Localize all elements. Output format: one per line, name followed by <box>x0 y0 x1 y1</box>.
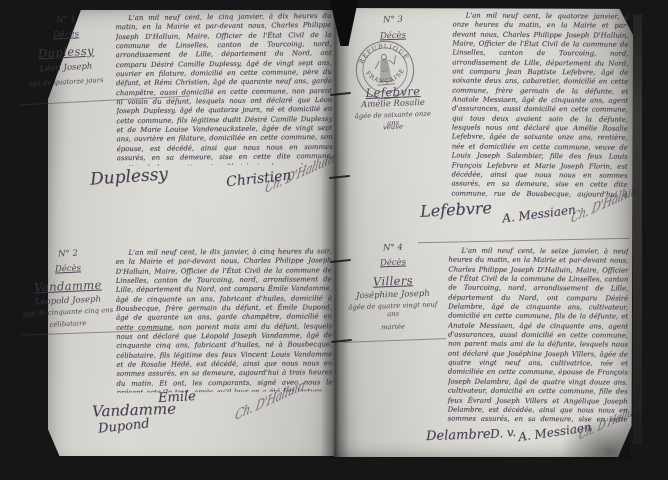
signature: Lefebvre <box>420 198 493 221</box>
death-register-scan: N° 1 Décès Duplessy Léon Joseph âgé de q… <box>0 0 668 480</box>
page-stack-edge <box>633 14 642 444</box>
death-act-text: L'an mil neuf cent, le dix janvier, à ci… <box>115 247 332 393</box>
death-act-text: L'an mil neuf cent, le cinq janvier, à d… <box>115 12 333 166</box>
age-annotation: âgée de quatre vingt neuf ans <box>348 300 439 320</box>
signature: Delambre <box>426 427 491 444</box>
death-act-text: L'an mil neuf cent, le seize janvier, à … <box>448 247 629 424</box>
signature-paraph: D. v. <box>489 425 516 441</box>
death-act-text: L'an mil neuf cent, le quatorze janvier,… <box>451 11 628 199</box>
